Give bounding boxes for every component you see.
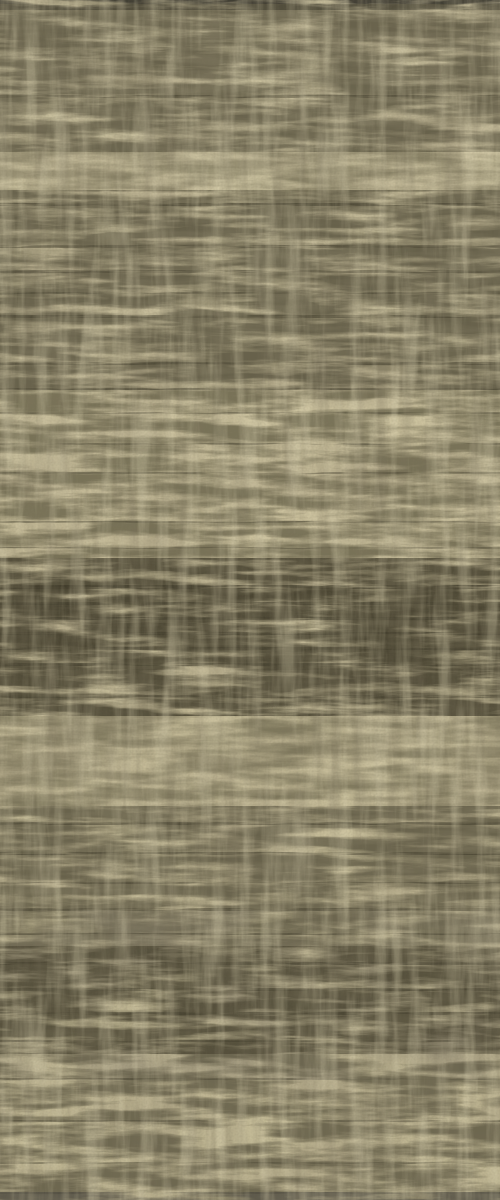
- abstract-texture-artwork: [0, 0, 500, 1200]
- texture-overlayer: [0, 0, 500, 1200]
- texture-canvas: [0, 0, 500, 1200]
